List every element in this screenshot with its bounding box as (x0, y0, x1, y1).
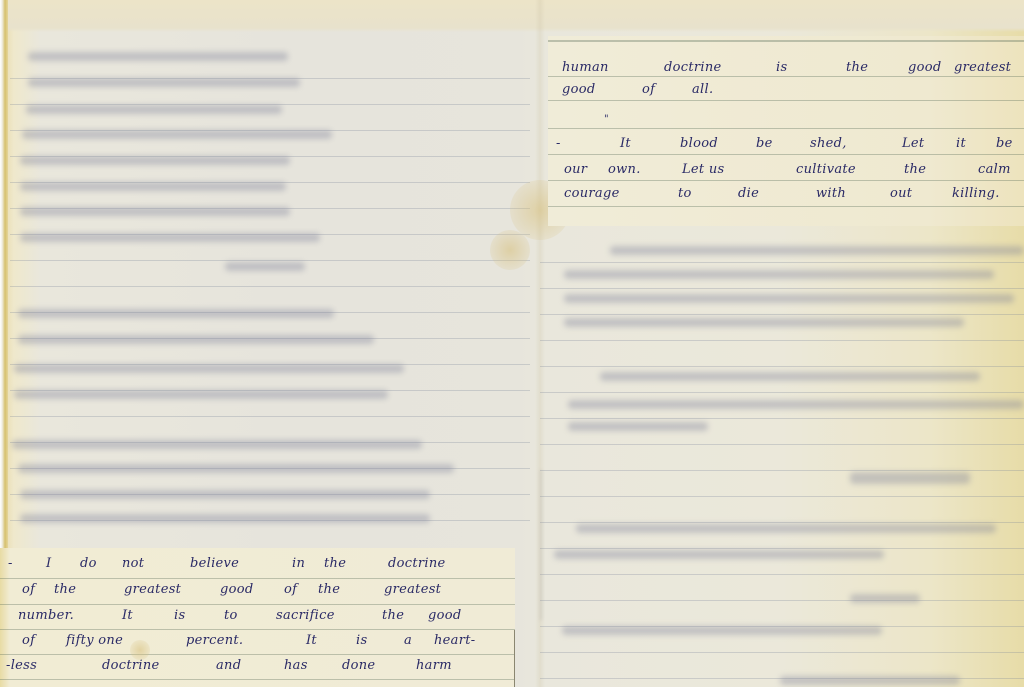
quote-mark: " (604, 114, 609, 125)
ruled-line (10, 286, 530, 287)
handwritten-passage-left: - I do not believe in the doctrine of th… (0, 548, 515, 687)
handwritten-passage-right: human doctrine is the good greatest good… (548, 36, 1024, 226)
ruled-line (540, 392, 1024, 393)
ruled-line (540, 548, 1024, 549)
ruled-line (10, 260, 530, 261)
ruled-line (540, 574, 1024, 575)
margin-line (514, 630, 515, 687)
ruled-line (540, 470, 1024, 471)
ruled-line (540, 288, 1024, 289)
left-page: - I do not believe in the doctrine of th… (0, 0, 540, 687)
ruled-line (540, 496, 1024, 497)
ruled-line (540, 444, 1024, 445)
faint-margin-line (540, 470, 542, 620)
ruled-line (540, 366, 1024, 367)
ruled-line (10, 416, 530, 417)
ruled-line (540, 314, 1024, 315)
ruled-line (540, 340, 1024, 341)
paper-stain (490, 230, 530, 270)
ink-blot (130, 640, 150, 660)
ruled-line (540, 418, 1024, 419)
notebook-spread: - I do not believe in the doctrine of th… (0, 0, 1024, 687)
ruled-line (540, 652, 1024, 653)
ruled-line (540, 600, 1024, 601)
ruled-line (540, 262, 1024, 263)
ruled-line (540, 522, 1024, 523)
